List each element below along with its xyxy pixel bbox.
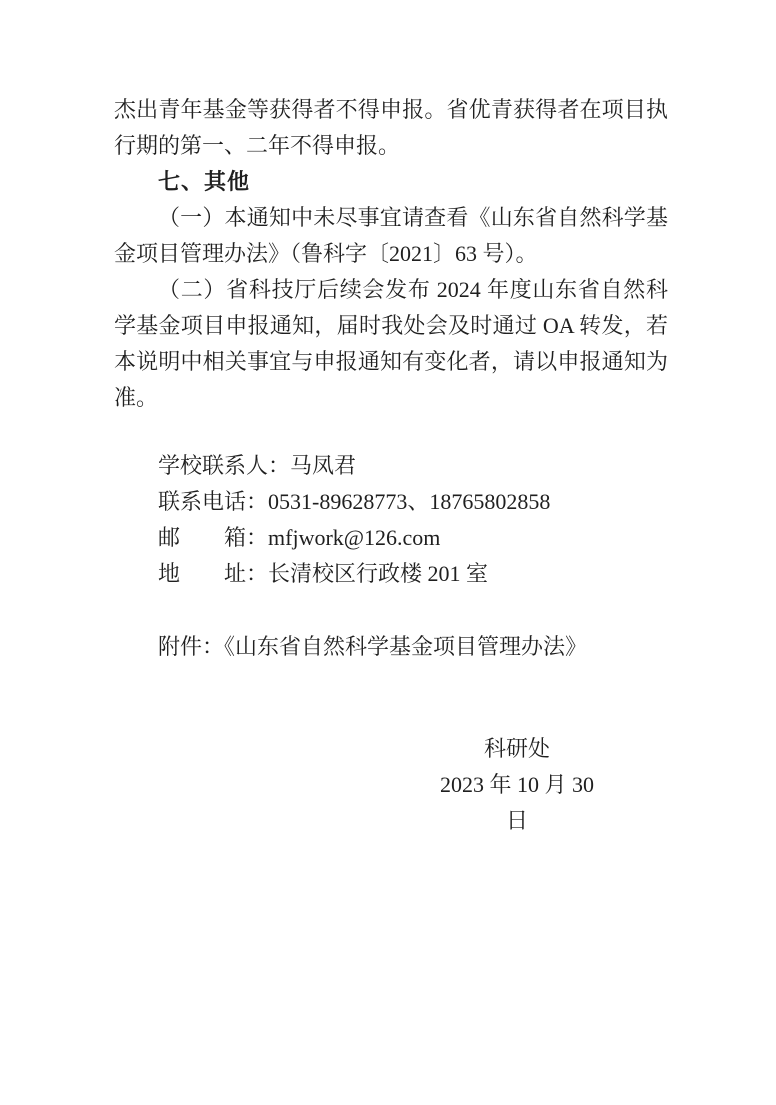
contact-phone-line: 联系电话：0531-89628773、18765802858 [114, 484, 668, 520]
signature-department: 科研处 [427, 731, 607, 767]
attachment-label: 附件： [158, 634, 224, 659]
attachment-title: 《山东省自然科学基金项目管理办法》 [224, 634, 587, 659]
contact-phone-value: 0531-89628773、18765802858 [268, 489, 550, 514]
contact-address-label: 地 址： [158, 561, 268, 586]
document-body: 杰出青年基金等获得者不得申报。省优青获得者在项目执行期的第一、二年不得申报。 七… [114, 92, 668, 839]
contact-email-line: 邮 箱：mfjwork@126.com [114, 520, 668, 556]
document-page: 杰出青年基金等获得者不得申报。省优青获得者在项目执行期的第一、二年不得申报。 七… [0, 0, 776, 1105]
contact-address-value: 长清校区行政楼 201 室 [268, 561, 488, 586]
contact-person-label: 学校联系人： [158, 453, 290, 478]
signature-block: 科研处 2023 年 10 月 30 日 [427, 731, 607, 839]
contact-email-label: 邮 箱： [158, 525, 268, 550]
paragraph-item-one: （一）本通知中未尽事宜请查看《山东省自然科学基金项目管理办法》（鲁科字〔2021… [114, 200, 668, 272]
contact-person-value: 马凤君 [290, 453, 356, 478]
attachment-line: 附件：《山东省自然科学基金项目管理办法》 [114, 629, 668, 665]
paragraph-eligibility-continuation: 杰出青年基金等获得者不得申报。省优青获得者在项目执行期的第一、二年不得申报。 [114, 92, 668, 164]
contact-block: 学校联系人：马凤君 联系电话：0531-89628773、18765802858… [114, 448, 668, 592]
paragraph-item-two: （二）省科技厅后续会发布 2024 年度山东省自然科学基金项目申报通知，届时我处… [114, 272, 668, 416]
contact-phone-label: 联系电话： [158, 489, 268, 514]
contact-address-line: 地 址：长清校区行政楼 201 室 [114, 556, 668, 592]
signature-date: 2023 年 10 月 30 日 [427, 767, 607, 839]
contact-person-line: 学校联系人：马凤君 [114, 448, 668, 484]
section-heading-seven-other: 七、其他 [114, 164, 668, 200]
contact-email-value: mfjwork@126.com [268, 525, 440, 550]
